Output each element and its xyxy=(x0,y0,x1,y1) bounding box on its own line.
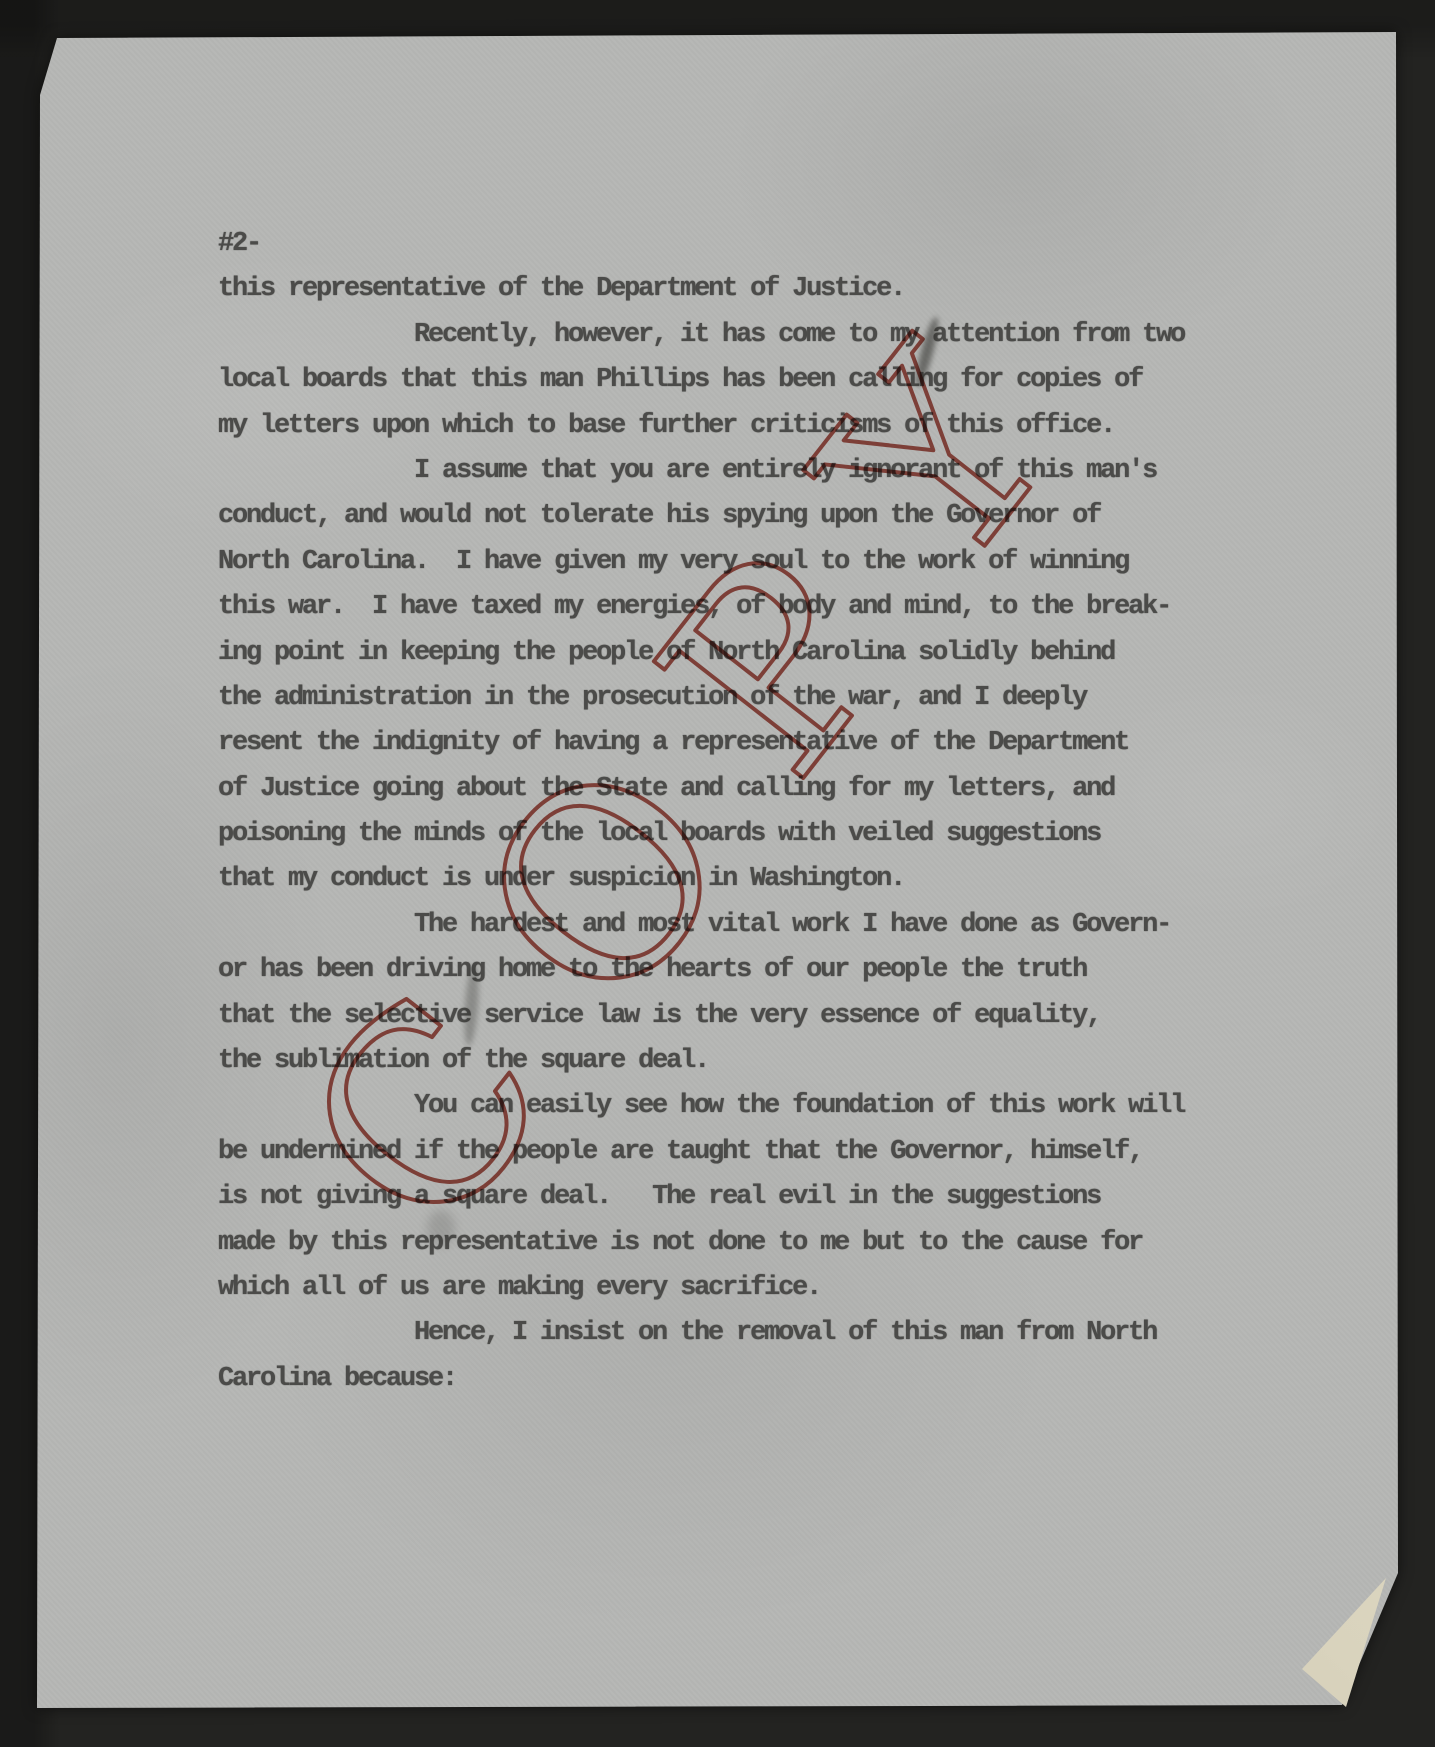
letter-line: The hardest and most vital work I have d… xyxy=(218,910,1338,955)
letter-line: North Carolina. I have given my very sou… xyxy=(218,547,1338,592)
letter-line: that my conduct is under suspicion in Wa… xyxy=(218,864,1338,909)
letter-line: this representative of the Department of… xyxy=(218,274,1338,319)
page-number: #2- xyxy=(218,229,1338,274)
letter-line: this war. I have taxed my energies, of b… xyxy=(218,592,1338,637)
letter-line: Hence, I insist on the removal of this m… xyxy=(218,1318,1338,1363)
letter-line: is not giving a square deal. The real ev… xyxy=(218,1182,1338,1227)
letter-line: Recently, however, it has come to my att… xyxy=(218,320,1338,365)
letter-line: of Justice going about the State and cal… xyxy=(218,774,1338,819)
letter-line: local boards that this man Phillips has … xyxy=(218,365,1338,410)
letter-line: I assume that you are entirely ignorant … xyxy=(218,456,1338,501)
letter-line: that the selective service law is the ve… xyxy=(218,1001,1338,1046)
letter-line: be undermined if the people are taught t… xyxy=(218,1137,1338,1182)
letter-line: You can easily see how the foundation of… xyxy=(218,1091,1338,1136)
letter-lines: this representative of the Department of… xyxy=(218,274,1338,1409)
letter-line: or has been driving home to the hearts o… xyxy=(218,955,1338,1000)
letter-line: Carolina because: xyxy=(218,1364,1338,1409)
letter-line: poisoning the minds of the local boards … xyxy=(218,819,1338,864)
letter-line: resent the indignity of having a represe… xyxy=(218,728,1338,773)
letter-line: my letters upon which to base further cr… xyxy=(218,411,1338,456)
letter-body: #2- this representative of the Departmen… xyxy=(218,229,1338,1409)
letter-paper: #2- this representative of the Departmen… xyxy=(37,30,1398,1708)
letter-line: ing point in keeping the people of North… xyxy=(218,638,1338,683)
scanned-letter-page: #2- this representative of the Departmen… xyxy=(0,0,1435,1747)
paper-shadow-wrap: #2- this representative of the Departmen… xyxy=(0,0,1435,1747)
letter-line: which all of us are making every sacrifi… xyxy=(218,1273,1338,1318)
letter-line: made by this representative is not done … xyxy=(218,1228,1338,1273)
letter-line: the sublimation of the square deal. xyxy=(218,1046,1338,1091)
letter-line: conduct, and would not tolerate his spyi… xyxy=(218,501,1338,546)
letter-line: the administration in the prosecution of… xyxy=(218,683,1338,728)
